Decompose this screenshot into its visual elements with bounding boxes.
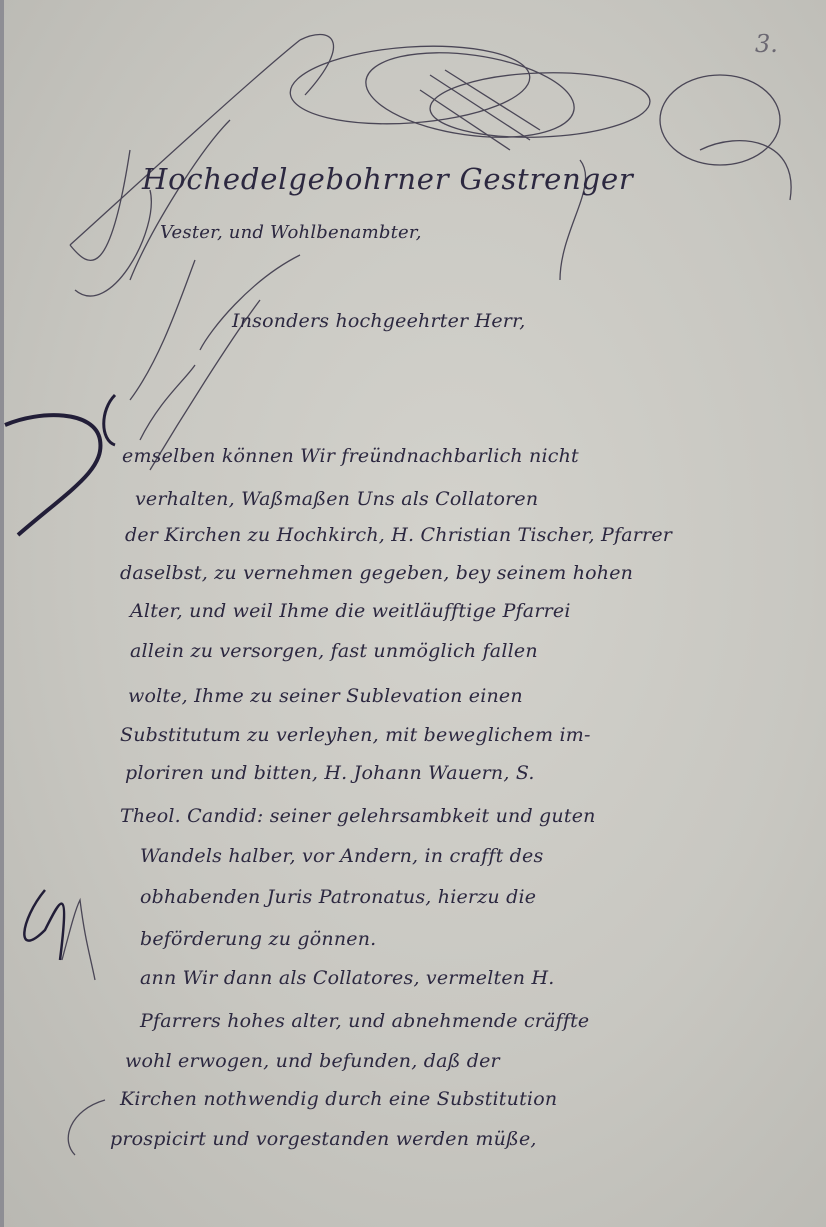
text-line: Pfarrers hohes alter, und abnehmende crä… bbox=[140, 1010, 589, 1032]
salutation-line-1: Hochedelgebohrner Gestrenger bbox=[142, 162, 634, 196]
page-number: 3. bbox=[755, 30, 778, 58]
text-line: obhabenden Juris Patronatus, hierzu die bbox=[140, 886, 536, 908]
text-line: wolte, Ihme zu seiner Sublevation einen bbox=[128, 685, 523, 707]
text-line: beförderung zu gönnen. bbox=[140, 928, 376, 950]
manuscript-page: 3. Hochedelgebohrner Gestrenger Vester, … bbox=[0, 0, 826, 1227]
text-line: ann Wir dann als Collatores, vermelten H… bbox=[140, 967, 554, 989]
text-line: allein zu versorgen, fast unmöglich fall… bbox=[130, 640, 538, 662]
text-line: verhalten, Waßmaßen Uns als Collatoren bbox=[135, 488, 538, 510]
text-line: prospicirt und vorgestanden werden müße, bbox=[110, 1128, 537, 1150]
salutation-line-2: Vester, und Wohlbenambter, bbox=[160, 222, 422, 243]
text-line: der Kirchen zu Hochkirch, H. Christian T… bbox=[125, 524, 672, 546]
text-line: Substitutum zu verleyhen, mit bewegliche… bbox=[120, 724, 591, 746]
salutation-line-3: Insonders hochgeehrter Herr, bbox=[232, 310, 526, 332]
text-line: Kirchen nothwendig durch eine Substituti… bbox=[120, 1088, 557, 1110]
text-line: ploriren und bitten, H. Johann Wauern, S… bbox=[125, 762, 535, 784]
text-line: daselbst, zu vernehmen gegeben, bey sein… bbox=[120, 562, 633, 584]
text-line: Wandels halber, vor Andern, in crafft de… bbox=[140, 845, 543, 867]
text-line: Alter, und weil Ihme die weitläufftige P… bbox=[130, 600, 571, 622]
text-line: wohl erwogen, und befunden, daß der bbox=[125, 1050, 500, 1072]
text-line: emselben können Wir freündnachbarlich ni… bbox=[122, 445, 579, 467]
text-line: Theol. Candid: seiner gelehrsambkeit und… bbox=[120, 805, 596, 827]
